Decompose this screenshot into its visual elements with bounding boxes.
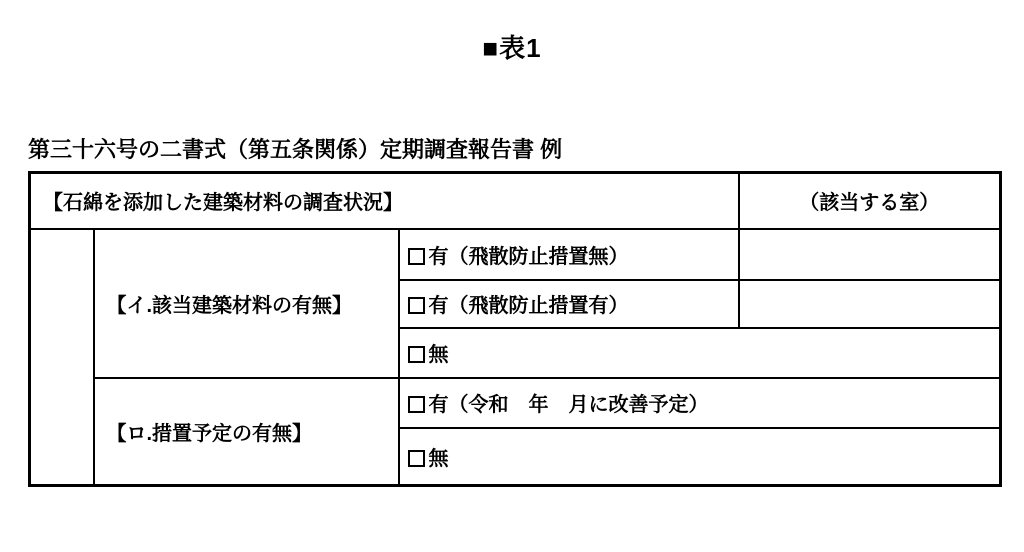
form-heading: 第三十六号の二書式（第五条関係）定期調査報告書 例 [28, 133, 562, 164]
header-applicable-room: （該当する室） [739, 173, 1001, 229]
page-title: ■表1 [0, 28, 1024, 65]
option-label: 無 [429, 344, 449, 366]
checkbox-icon [408, 450, 425, 467]
group-a-label: 【イ.該当建築材料の有無】 [94, 229, 399, 378]
room-entry-cell [739, 229, 1001, 280]
option-label: 無 [429, 448, 449, 470]
header-survey-status: 【石綿を添加した建築材料の調査状況】 [30, 173, 739, 229]
asbestos-survey-table: 【石綿を添加した建築材料の調査状況】 （該当する室） 【イ.該当建築材料の有無】… [28, 171, 1002, 487]
option-label: 有（令和 年 月に改善予定） [429, 394, 709, 416]
left-spacer-column [30, 229, 94, 486]
option-cell-none-a: 無 [399, 328, 1001, 378]
checkbox-icon [408, 297, 425, 314]
option-label: 有（飛散防止措置無） [429, 246, 629, 268]
option-label: 有（飛散防止措置有） [429, 295, 629, 317]
table-header-row: 【石綿を添加した建築材料の調査状況】 （該当する室） [30, 173, 1001, 229]
option-cell-has-dispersal-measures: 有（飛散防止措置有） [399, 280, 739, 328]
group-b-label: 【ロ.措置予定の有無】 [94, 378, 399, 486]
checkbox-icon [408, 346, 425, 363]
checkbox-icon [408, 248, 425, 265]
room-entry-cell [739, 280, 1001, 328]
option-cell-improvement-planned: 有（令和 年 月に改善予定） [399, 378, 1001, 428]
table-row: 【ロ.措置予定の有無】 有（令和 年 月に改善予定） [30, 378, 1001, 428]
checkbox-icon [408, 396, 425, 413]
option-cell-none-b: 無 [399, 428, 1001, 486]
option-cell-has-no-dispersal-measures: 有（飛散防止措置無） [399, 229, 739, 280]
table-row: 【イ.該当建築材料の有無】 有（飛散防止措置無） [30, 229, 1001, 280]
